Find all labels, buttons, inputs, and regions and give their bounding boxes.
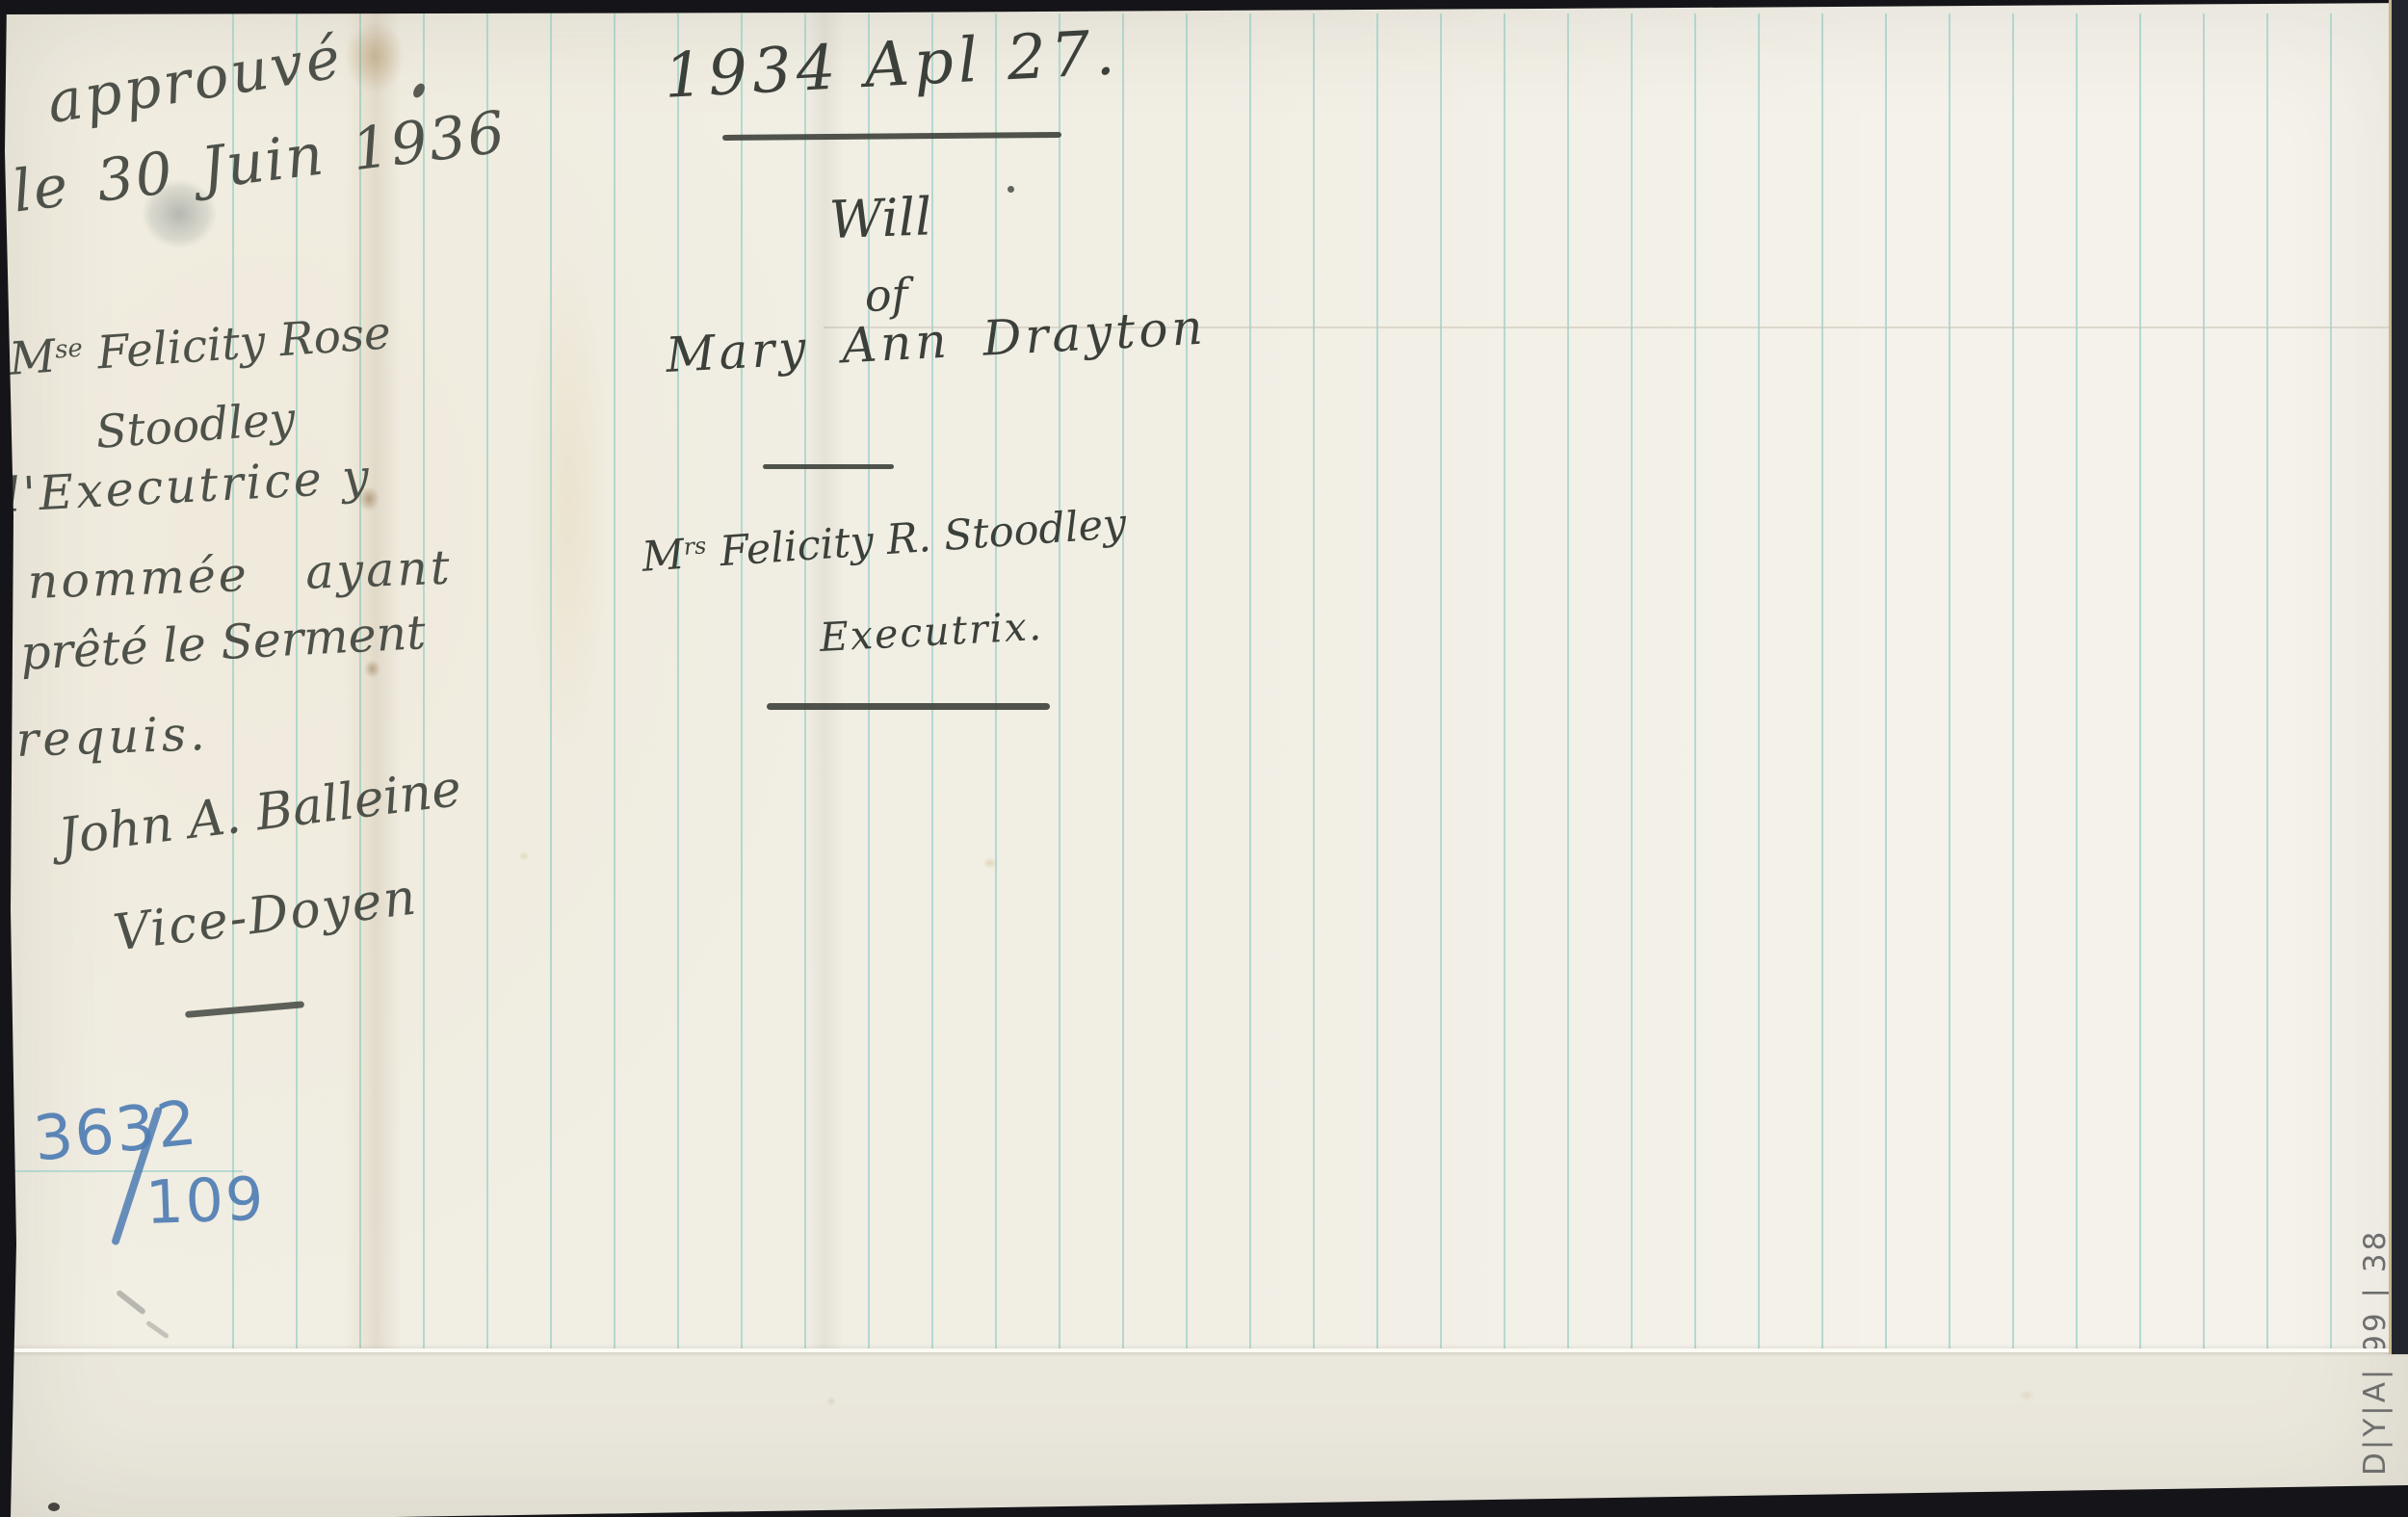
executrix-role: Executrix. [819,607,1044,658]
honorific-base: M [8,330,58,386]
testator-underline [763,464,894,469]
ledger-ruling-lines [232,13,2332,1350]
executrix-honorific-superscript: rs [683,532,707,561]
approval-note-line-4: Stoodley [94,397,297,456]
will-title-word: Will [828,191,932,247]
registry-number-denominator: 109 [144,1169,266,1233]
will-title-of: of [864,272,908,318]
registry-number-numerator: 3632 [31,1092,201,1171]
executrix-underline [767,703,1050,710]
honorific-superscript: se [54,334,84,365]
approval-note-line-6: nommée ayant [27,544,453,606]
archive-reference-code: D|Y|A| 99 | 38 [2358,1229,2393,1476]
approval-note-line-8: requis. [15,710,209,764]
executrix-honorific-base: M [641,531,686,582]
scanned-document: approuvé le 30 Juin 1936 Mse Felicity Ro… [0,0,2408,1517]
